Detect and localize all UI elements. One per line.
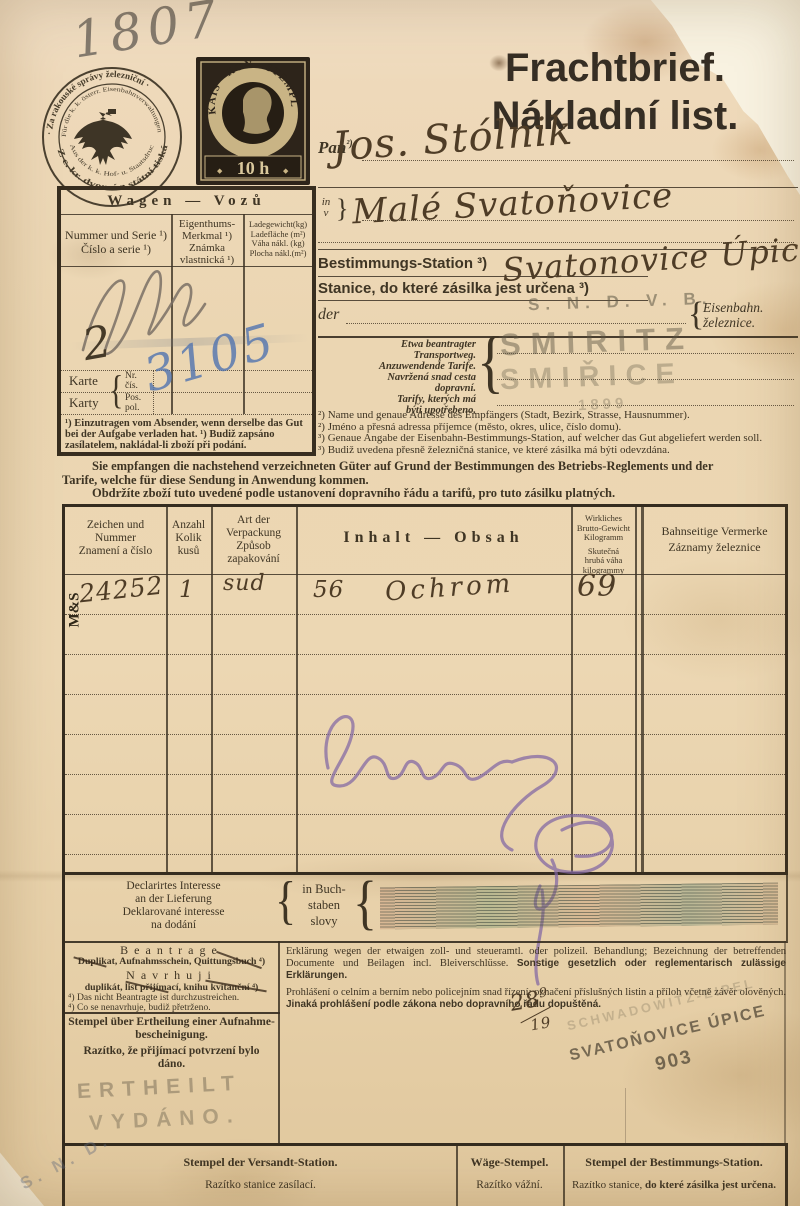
- goods-table: Zeichen und Nummer Znamení a číslo Anzah…: [62, 504, 788, 875]
- receipt-cs-1: Razítko, že přijímací potvrzení bylo: [65, 1045, 278, 1057]
- col-weight-header: Wirkliches Brutto-Gewicht Kilogramm Skut…: [572, 514, 635, 575]
- wagon-box-title: Wagen — Vozů: [61, 193, 312, 210]
- sign-l2: Nummer: [65, 532, 166, 545]
- weigh-cell-cs: Razítko vážní.: [456, 1179, 563, 1191]
- row1-packing-handwritten: sud: [223, 571, 266, 596]
- dispatch-cell-de: Stempel der Versandt-Station.: [65, 1155, 456, 1170]
- notice-de-2: Tarife, welche für diese Sendung in Anwe…: [62, 474, 790, 488]
- declare-l3: Deklarované interesse: [71, 906, 276, 919]
- pack-l3: Způsob: [211, 540, 296, 553]
- declared-interest-labels: Declarirtes Interesse an der Lieferung D…: [71, 880, 276, 932]
- destination-station-handwritten: Svatonovice Úpice: [501, 229, 800, 289]
- rule: [784, 941, 786, 1143]
- request-title-cs: Navrhuji: [65, 968, 278, 983]
- destination-cell-cs: Razítko stanice, do které zásilka jest u…: [563, 1179, 785, 1191]
- route-cs-3: Tarify, kterých má: [318, 394, 476, 405]
- declare-l2: an der Lieferung: [71, 893, 276, 906]
- stamp-value: 10 h: [237, 158, 270, 178]
- col-content-header: Inhalt — Obsah: [296, 529, 571, 547]
- receipt-de-1: Stempel über Ertheilung einer Aufnahme-: [65, 1016, 278, 1028]
- declared-interest-row: Declarirtes Interesse an der Lieferung D…: [62, 875, 788, 943]
- bottom-stamp-strip: Stempel der Versandt-Station. Razítko st…: [62, 1143, 788, 1206]
- wagon-box: Wagen — Vozů Nummer und Serie ¹) Číslo a…: [57, 186, 316, 456]
- route-cs-2: dopravní.: [318, 383, 476, 394]
- buchstaben-2: staben: [295, 897, 353, 913]
- rule: [166, 507, 168, 872]
- row1-qty-handwritten: 1: [179, 577, 195, 603]
- railway-cs: železnice.: [703, 315, 763, 330]
- qty-l2: Kolik: [166, 532, 211, 545]
- notice-paragraph: Sie empfangen die nachstehend verzeichne…: [62, 460, 790, 501]
- pos-de: Pos.: [125, 393, 141, 403]
- rule: [635, 507, 637, 872]
- granted-stamp-de: ERTHEILT: [76, 1072, 242, 1105]
- declaration-de: Erklärung wegen der etwaigen zoll- und s…: [286, 946, 786, 982]
- pack-l4: zapakování: [211, 553, 296, 566]
- granted-stamp-cs: VYDÁNO.: [88, 1104, 241, 1136]
- karte-label-cs: Karty: [69, 395, 99, 411]
- pack-l2: Verpackung: [211, 527, 296, 540]
- route-de-1: Etwa beantragter: [318, 339, 476, 350]
- receipt-stamp-box: Stempel über Ertheilung einer Aufnahme- …: [62, 1012, 280, 1143]
- brace: }: [336, 194, 348, 224]
- dotted-rule: [497, 405, 794, 406]
- col-rail-header: Bahnseitige Vermerke Záznamy železnice: [644, 523, 785, 555]
- date-month: 9: [538, 985, 550, 1001]
- footnote-2-de: ²) Name und genaue Adresse des Empfänger…: [318, 410, 798, 422]
- weigh-cell-de: Wäge-Stempel.: [456, 1155, 563, 1170]
- nr-cs: čís.: [125, 381, 138, 391]
- notice-cs: Obdržíte zboží tuto uvedené podle ustano…: [62, 487, 790, 501]
- revenue-stamp-10h: KAIS · KON · STEMPL ◆ ◆ 10 h: [195, 56, 311, 186]
- empress-profile-icon: [243, 87, 272, 134]
- stamp-ornament-right: ◆: [283, 167, 289, 175]
- wt-l3: Kilogramm: [572, 533, 635, 543]
- declare-l4: na dodání: [71, 919, 276, 932]
- route-de-3: Anzuwendende Tarife.: [318, 361, 476, 372]
- slovy: slovy: [295, 913, 353, 929]
- dotted-rule: [65, 774, 785, 775]
- rail-l1: Bahnseitige Vermerke: [644, 523, 785, 539]
- double-eagle-icon: [74, 109, 132, 165]
- dotted-rule: [65, 854, 785, 855]
- declaration-cs-bold: Jinaká prohlášení podle zákona nebo dopr…: [286, 999, 601, 1010]
- v-label: v: [318, 208, 334, 219]
- buchstaben-1: in Buch-: [295, 881, 353, 897]
- title-german: Frachtbrief.: [420, 46, 800, 91]
- wagon-footnote-1: ¹) Einzutragen vom Absender, wenn dersel…: [61, 418, 312, 451]
- guilloche-band: [380, 883, 778, 930]
- dotted-rule: [65, 734, 785, 735]
- request-box: Beantrage Duplikat, Aufnahmsschein, Quit…: [62, 941, 280, 1014]
- destination-cell-de: Stempel der Bestimmungs-Station.: [563, 1155, 785, 1170]
- in-v-label: in v: [318, 197, 334, 219]
- destination-cell-cs-bold: do které zásilka jest určena.: [645, 1179, 776, 1191]
- sign-l3: Znamení a číslo: [65, 545, 166, 558]
- row1-weight-handwritten: 69: [577, 569, 617, 604]
- brace: {: [275, 870, 296, 931]
- row1-content-a-handwritten: 56: [313, 577, 344, 603]
- col-pack-header: Art der Verpackung Způsob zapakování: [211, 514, 296, 566]
- dispatch-stamp-line2: SMIRITZ: [499, 321, 694, 364]
- in-words-labels: in Buch- staben slovy: [295, 881, 353, 929]
- footnote-3-cs: ³) Budiž uvedena přesně železničná stani…: [318, 445, 798, 457]
- stamp-ornament-left: ◆: [217, 167, 223, 175]
- weigh-stamp-cell: Wäge-Stempel. Razítko vážní.: [456, 1155, 563, 1191]
- dotted-rule: [362, 220, 794, 221]
- rule: [625, 1088, 626, 1143]
- brace: {: [353, 867, 377, 937]
- route-cs-1: Navržená snad cesta: [318, 372, 476, 383]
- dotted-rule: [65, 614, 785, 615]
- footnotes-2-3: ²) Name und genaue Adresse des Empfänger…: [318, 410, 798, 456]
- dotted-rule: [65, 814, 785, 815]
- col-sign-header: Zeichen und Nummer Znamení a číslo: [65, 519, 166, 558]
- karte-label-de: Karte: [69, 373, 98, 389]
- der-label: der: [318, 306, 339, 324]
- rail-l2: Záznamy železnice: [644, 539, 785, 555]
- rule: [641, 507, 644, 872]
- dotted-rule: [61, 414, 312, 415]
- karte-pos-labels: Pos. pol.: [125, 393, 141, 413]
- qty-l1: Anzahl: [166, 519, 211, 532]
- request-footnotes: ⁴) Das nicht Beantragte ist durchzustrei…: [68, 993, 274, 1013]
- row1-number-handwritten: 24252: [78, 571, 165, 609]
- pack-l1: Art der: [211, 514, 296, 527]
- consignee-place-handwritten: Malé Svatoňovice: [351, 176, 674, 233]
- pos-cs: pol.: [125, 403, 141, 413]
- destination-station-label-de: Bestimmungs-Station ³): [318, 255, 487, 272]
- receipt-de-2: bescheinigung.: [65, 1029, 278, 1041]
- footnote-3-de: ³) Genaue Angabe der Eisenbahn-Bestimmun…: [318, 433, 798, 445]
- notice-de-1: Sie empfangen die nachstehend verzeichne…: [62, 460, 790, 474]
- qty-l3: kusů: [166, 545, 211, 558]
- dotted-rule: [65, 694, 785, 695]
- dispatch-stamp-line3: SMIŘICE: [499, 358, 684, 397]
- destination-cell-cs-normal: Razítko stanice,: [572, 1179, 645, 1191]
- rule: [61, 214, 312, 215]
- col2-l1: Eigenthums-: [171, 218, 243, 230]
- dispatch-station-cell: Stempel der Versandt-Station. Razítko st…: [65, 1155, 456, 1191]
- dispatch-cell-cs: Razítko stanice zasílací.: [65, 1179, 456, 1191]
- route-de-2: Transportweg.: [318, 350, 476, 361]
- declare-l1: Declarirtes Interesse: [71, 880, 276, 893]
- freight-waybill-scan: 1807 · Za rakouské správy železniční · Z…: [0, 0, 800, 1206]
- dotted-rule: [65, 654, 785, 655]
- route-labels: Etwa beantragter Transportweg. Anzuwende…: [318, 339, 476, 416]
- rule: [296, 507, 298, 872]
- destination-station-cell: Stempel der Bestimmungs-Station. Razítko…: [563, 1155, 785, 1191]
- col-qty-header: Anzahl Kolik kusů: [166, 519, 211, 558]
- receipt-cs-2: dáno.: [65, 1058, 278, 1070]
- sign-l1: Zeichen und: [65, 519, 166, 532]
